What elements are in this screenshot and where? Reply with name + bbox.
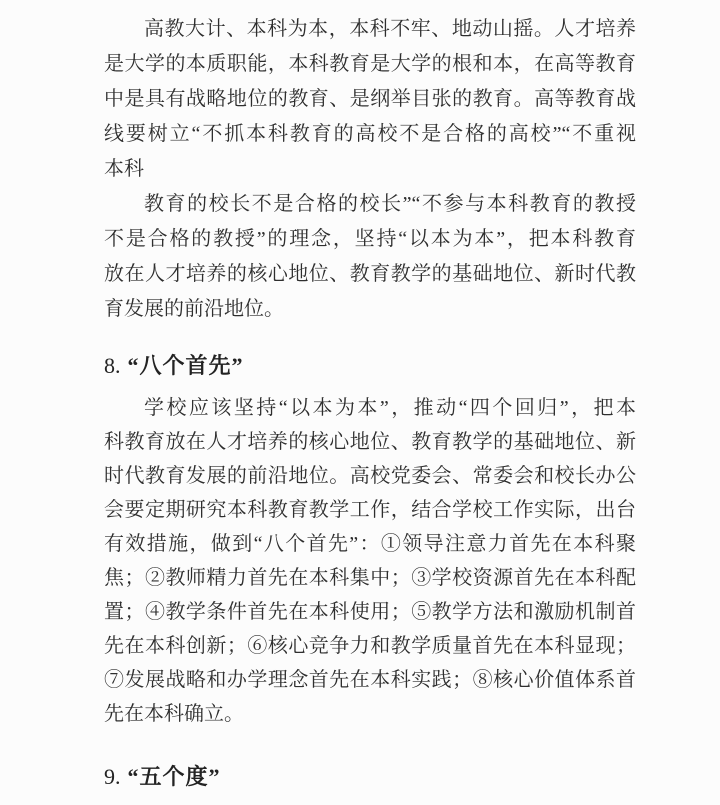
section-title: “八个首先” <box>128 353 244 378</box>
text-line: 学校应该坚持“以本为本”，推动“四个回归”，把本 <box>104 391 636 425</box>
section-heading-9: 9.“五个度” <box>104 763 636 791</box>
text-line: 育发展的前沿地位。 <box>104 292 636 327</box>
text-line: 中是具有战略地位的教育、是纲举目张的教育。高等教育战 <box>104 82 636 117</box>
paragraph-section-8: 学校应该坚持“以本为本”，推动“四个回归”，把本 科教育放在人才培养的核心地位、… <box>104 391 636 731</box>
text-line: 放在人才培养的核心地位、教育教学的基础地位、新时代教 <box>104 257 636 292</box>
section-heading-8: 8.“八个首先” <box>104 352 636 380</box>
text-line: 先在本科确立。 <box>104 697 636 731</box>
text-line: 是大学的本质职能，本科教育是大学的根和本，在高等教育 <box>104 47 636 82</box>
paragraph-continuation: 教育的校长不是合格的校长”“不参与本科教育的教授 不是合格的教授”的理念，坚持“… <box>104 187 636 327</box>
text-line: 教育的校长不是合格的校长”“不参与本科教育的教授 <box>104 187 636 222</box>
text-line: 不是合格的教授”的理念，坚持“以本为本”，把本科教育 <box>104 222 636 257</box>
text-line: 置；④教学条件首先在本科使用；⑤教学方法和激励机制首 <box>104 595 636 629</box>
text-line: 会要定期研究本科教育教学工作，结合学校工作实际，出台 <box>104 493 636 527</box>
text-line: 先在本科创新；⑥核心竞争力和教学质量首先在本科显现； <box>104 629 636 663</box>
section-number: 8. <box>104 353 121 378</box>
text-line: 有效措施，做到“八个首先”：①领导注意力首先在本科聚 <box>104 527 636 561</box>
document-page: 高教大计、本科为本，本科不牢、地动山摇。人才培养 是大学的本质职能，本科教育是大… <box>0 0 720 805</box>
text-line: 本科 <box>104 152 636 187</box>
text-line: 科教育放在人才培养的核心地位、教育教学的基础地位、新 <box>104 425 636 459</box>
text-line: 焦；②教师精力首先在本科集中；③学校资源首先在本科配 <box>104 561 636 595</box>
text-line: ⑦发展战略和办学理念首先在本科实践；⑧核心价值体系首 <box>104 663 636 697</box>
section-title: “五个度” <box>128 764 221 789</box>
text-line: 时代教育发展的前沿地位。高校党委会、常委会和校长办公 <box>104 459 636 493</box>
text-line: 线要树立“不抓本科教育的高校不是合格的高校”“不重视 <box>104 117 636 152</box>
paragraph-intro: 高教大计、本科为本，本科不牢、地动山摇。人才培养 是大学的本质职能，本科教育是大… <box>104 12 636 187</box>
text-line: 高教大计、本科为本，本科不牢、地动山摇。人才培养 <box>104 12 636 47</box>
section-number: 9. <box>104 764 121 789</box>
